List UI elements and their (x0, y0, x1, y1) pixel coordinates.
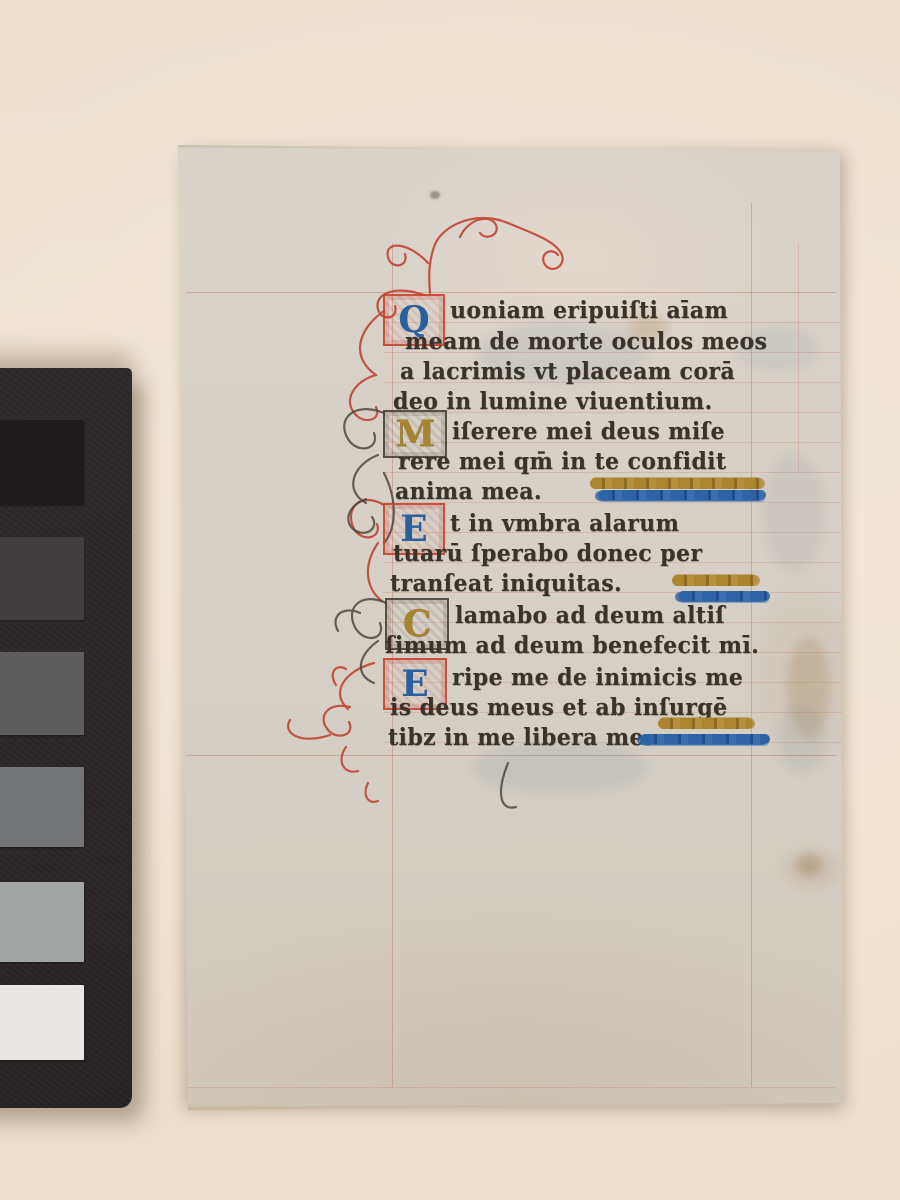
gray-swatch-1 (0, 420, 84, 505)
text-line-3: a lacrimis vt placeam corā (400, 358, 735, 389)
calibration-card (0, 368, 132, 1108)
text-line-4: deo in lumine viuentium. (393, 388, 713, 419)
text-line-9: tuarū ſperabo donec per (393, 540, 702, 571)
parchment-stain (430, 191, 440, 199)
text-line-1: uoniam eripuiſti aīam (450, 297, 728, 328)
manuscript-leaf: Q M E C E uoniam eripuiſti aīam meam de … (178, 143, 844, 1111)
text-line-11: lamabo ad deum altiſ (455, 602, 725, 633)
text-line-6: rere mei qm̄ in te confidit (398, 448, 726, 479)
line-filler-blue-3 (640, 734, 770, 744)
text-line-7: anima mea. (395, 478, 542, 509)
text-line-5: iſerere mei deus miſe (452, 418, 725, 449)
leaf-top-edge (178, 143, 844, 149)
line-filler-blue-1 (598, 490, 766, 500)
gray-swatch-6 (0, 985, 84, 1060)
parchment-stain (788, 638, 830, 738)
ink-bleedthrough (764, 453, 824, 573)
line-filler-gold-2 (672, 575, 758, 586)
text-line-10: tranſeat iniquitas. (390, 570, 622, 601)
ruling-line-horizontal-lower (186, 1087, 836, 1088)
initial-letter: M (395, 416, 435, 452)
line-filler-gold-1 (590, 478, 763, 489)
text-line-2: meam de morte oculos meos (405, 328, 767, 359)
text-line-13: ripe me de inimicis me (452, 664, 743, 695)
line-filler-gold-3 (658, 718, 753, 729)
text-line-12: ſimum ad deum benefecit mī. (385, 632, 759, 663)
line-filler-blue-2 (678, 591, 770, 601)
gray-swatch-5 (0, 882, 84, 962)
text-line-8: t in vmbra alarum (450, 510, 679, 541)
text-line-15: tibz in me libera me. (388, 724, 652, 755)
gray-swatch-4 (0, 767, 84, 847)
gray-swatch-3 (0, 652, 84, 735)
photograph-of-manuscript-leaf: { "artifact": { "description": "Photogra… (0, 0, 900, 1200)
parchment-stain (796, 853, 822, 875)
gray-swatch-2 (0, 537, 84, 620)
